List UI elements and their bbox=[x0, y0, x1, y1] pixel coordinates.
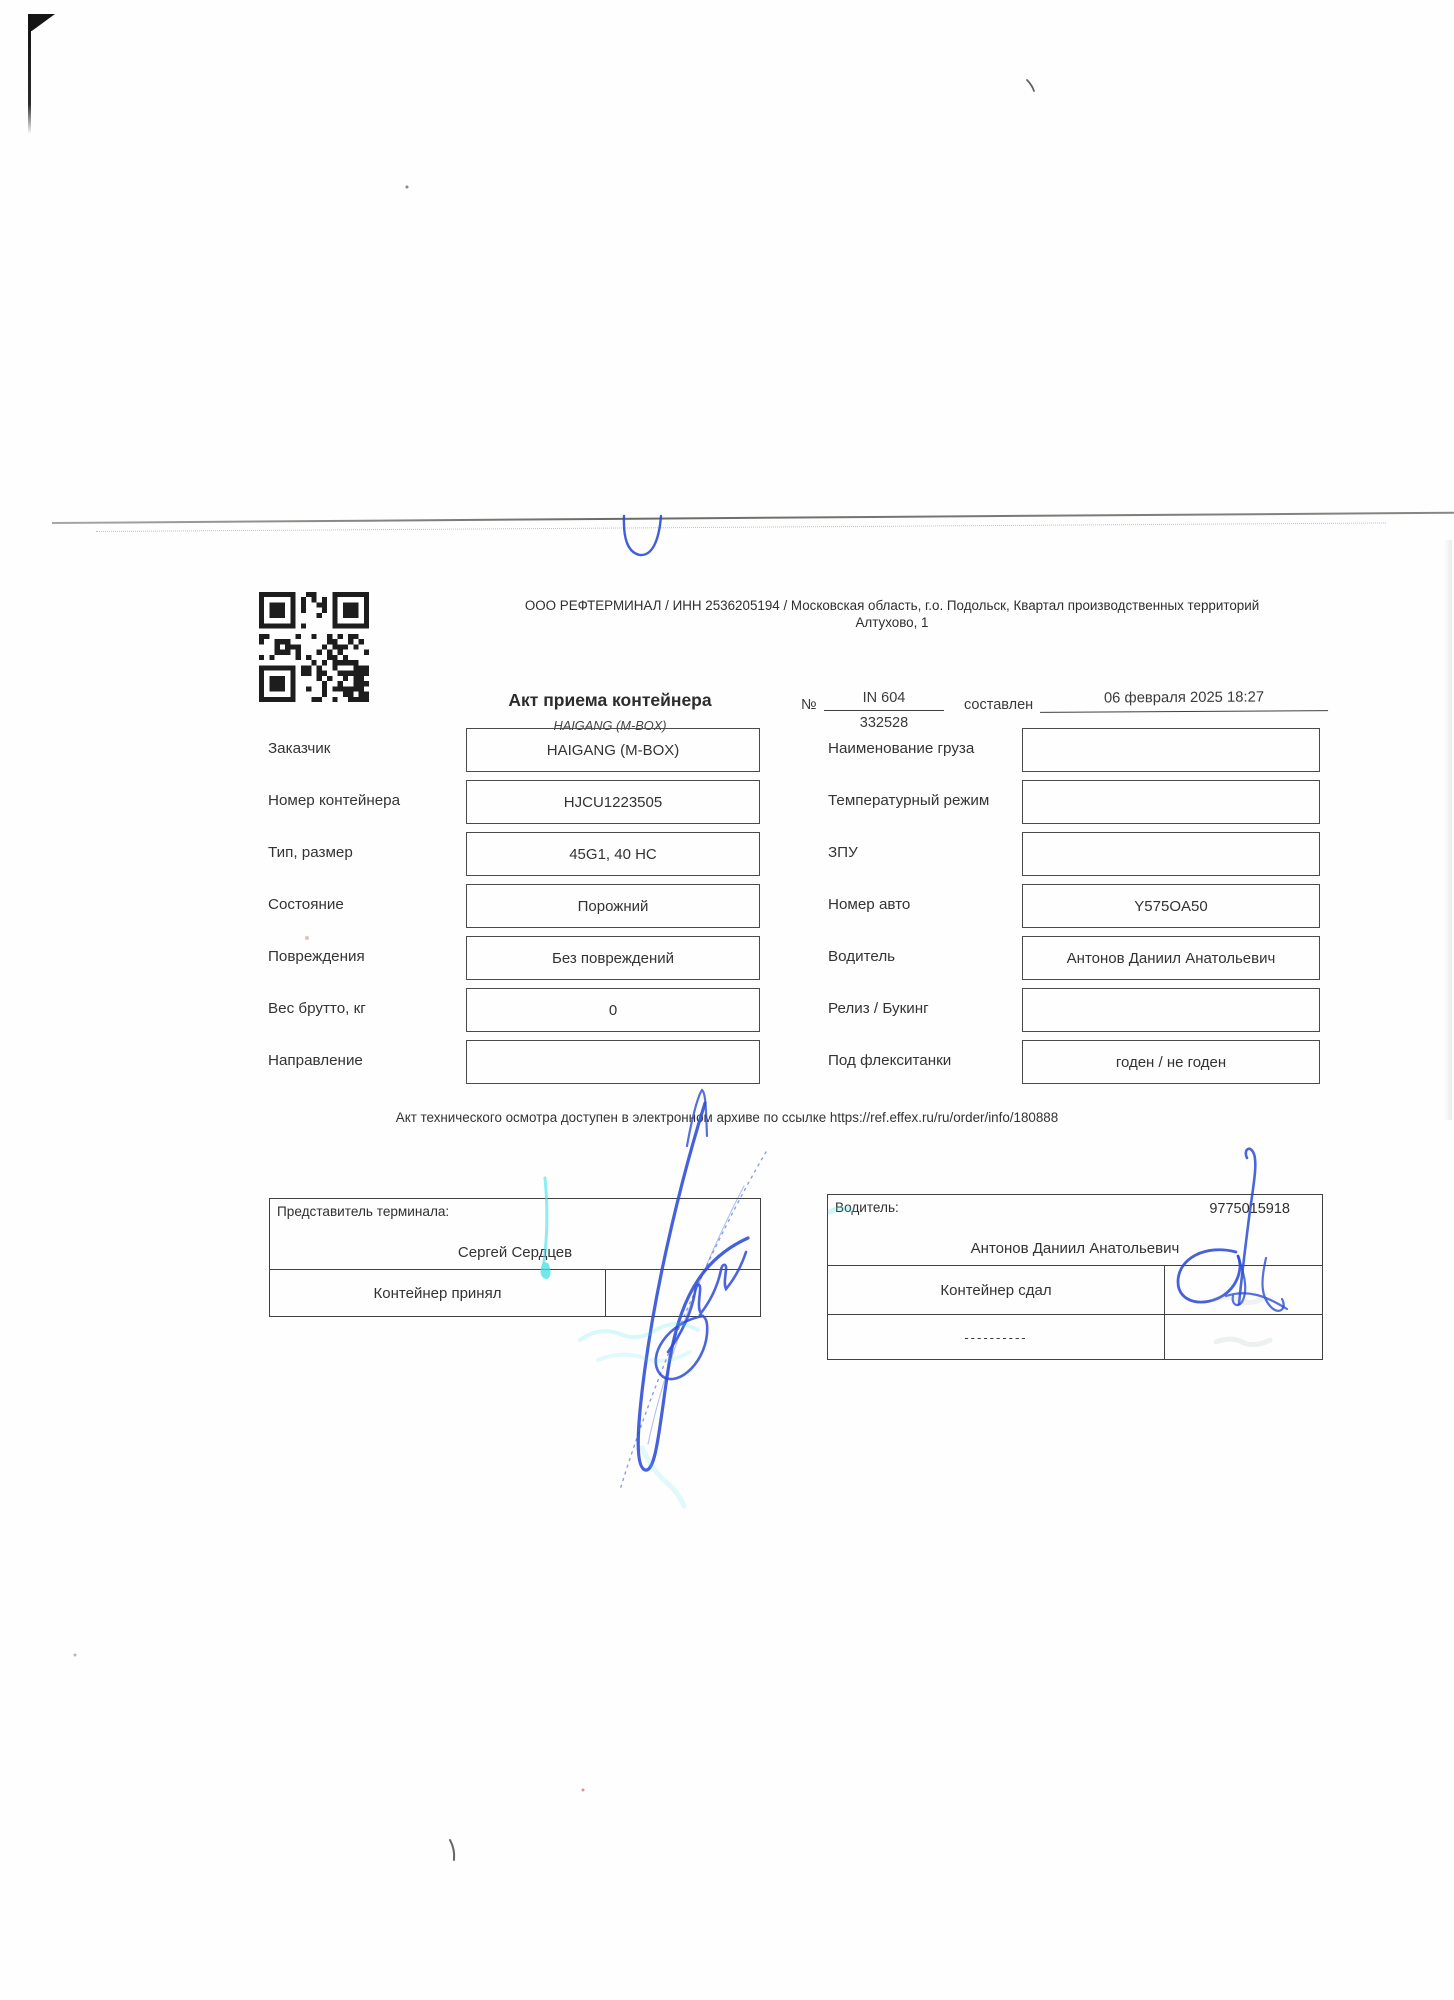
label-seal: ЗПУ bbox=[828, 844, 858, 861]
qr-code bbox=[258, 592, 370, 702]
driver-label: Водитель: bbox=[835, 1200, 899, 1215]
composed-date-group: 06 февраля 2025 18:27 bbox=[1040, 690, 1328, 712]
label-direction: Направление bbox=[268, 1052, 363, 1069]
container-handed-over-label: Контейнер сдал bbox=[828, 1266, 1165, 1314]
archive-link-note: Акт технического осмотра доступен в элек… bbox=[147, 1110, 1307, 1125]
form-row: Направление Под флекситанки годен / не г… bbox=[0, 1040, 1454, 1084]
value-driver: Антонов Даниил Анатольевич bbox=[1022, 936, 1320, 980]
value-gross-weight: 0 bbox=[466, 988, 760, 1032]
label-flexitank: Под флекситанки bbox=[828, 1052, 951, 1069]
paper-fold-line bbox=[52, 512, 1454, 524]
composed-label: составлен bbox=[964, 697, 1033, 713]
terminal-representative-name: Сергей Сердцев bbox=[270, 1244, 760, 1261]
driver-name: Антонов Даниил Анатольевич bbox=[828, 1240, 1322, 1257]
label-customer: Заказчик bbox=[268, 740, 330, 757]
terminal-signature-cell bbox=[606, 1270, 760, 1316]
label-cargo-name: Наименование груза bbox=[828, 740, 974, 757]
value-customer: HAIGANG (M-BOX) bbox=[466, 728, 760, 772]
value-condition: Порожний bbox=[466, 884, 760, 928]
label-gross-weight: Вес брутто, кг bbox=[268, 1000, 366, 1017]
scan-edge-shadow bbox=[1444, 540, 1452, 1120]
driver-signature-table: Водитель: 9775015918 Антонов Даниил Анат… bbox=[827, 1194, 1323, 1360]
form-row: Состояние Порожний Номер авто Y575OA50 bbox=[0, 884, 1454, 928]
company-address-line: ООО РЕФТЕРМИНАЛ / ИНН 2536205194 / Моско… bbox=[422, 597, 1362, 614]
paper-fold-dotted-line bbox=[96, 522, 1386, 532]
form-row: Тип, размер 45G1, 40 HC ЗПУ bbox=[0, 832, 1454, 876]
value-direction bbox=[466, 1040, 760, 1084]
label-truck-number: Номер авто bbox=[828, 896, 910, 913]
value-flexitank: годен / не годен bbox=[1022, 1040, 1320, 1084]
dashes-placeholder: ---------- bbox=[828, 1315, 1165, 1359]
label-condition: Состояние bbox=[268, 896, 344, 913]
terminal-representative-label: Представитель терминала: bbox=[277, 1204, 449, 1219]
driver-empty-cell bbox=[1165, 1315, 1322, 1359]
document-title: Акт приема контейнера bbox=[450, 690, 770, 711]
container-accepted-label: Контейнер принял bbox=[270, 1270, 606, 1316]
composed-date: 06 февраля 2025 18:27 bbox=[1040, 689, 1328, 713]
scan-corner-artifact bbox=[28, 14, 55, 31]
number-sign-label: № bbox=[801, 697, 817, 713]
document-number: IN 604 332528 bbox=[824, 690, 944, 731]
scanned-document-page: ООО РЕФТЕРМИНАЛ / ИНН 2536205194 / Моско… bbox=[0, 0, 1454, 2000]
form-row: Вес брутто, кг 0 Релиз / Букинг bbox=[0, 988, 1454, 1032]
terminal-action-row: Контейнер принял bbox=[270, 1269, 760, 1316]
label-container-number: Номер контейнера bbox=[268, 792, 400, 809]
value-damages: Без повреждений bbox=[466, 936, 760, 980]
value-truck-number: Y575OA50 bbox=[1022, 884, 1320, 928]
driver-dashes-row: ---------- bbox=[828, 1314, 1322, 1359]
value-container-number: HJCU1223505 bbox=[466, 780, 760, 824]
driver-signature-cell bbox=[1165, 1266, 1322, 1314]
label-release-booking: Релиз / Букинг bbox=[828, 1000, 929, 1017]
pen-u-mark bbox=[624, 516, 661, 555]
form-row: Номер контейнера HJCU1223505 Температурн… bbox=[0, 780, 1454, 824]
label-damages: Повреждения bbox=[268, 948, 365, 965]
form-row: Повреждения Без повреждений Водитель Ант… bbox=[0, 936, 1454, 980]
form-row: Заказчик HAIGANG (M-BOX) Наименование гр… bbox=[0, 728, 1454, 772]
driver-action-row: Контейнер сдал bbox=[828, 1265, 1322, 1314]
label-temperature-mode: Температурный режим bbox=[828, 792, 989, 809]
terminal-signature-table: Представитель терминала: Сергей Сердцев … bbox=[269, 1198, 761, 1317]
title-block: Акт приема контейнера HAIGANG (M-BOX) bbox=[450, 690, 770, 733]
scan-corner-line bbox=[28, 14, 31, 134]
value-cargo-name bbox=[1022, 728, 1320, 772]
value-seal bbox=[1022, 832, 1320, 876]
driver-phone: 9775015918 bbox=[1209, 1201, 1290, 1217]
terminal-signature-header: Представитель терминала: Сергей Сердцев bbox=[270, 1199, 760, 1269]
label-type-size: Тип, размер bbox=[268, 844, 353, 861]
value-type-size: 45G1, 40 HC bbox=[466, 832, 760, 876]
value-temperature-mode bbox=[1022, 780, 1320, 824]
driver-signature-header: Водитель: 9775015918 Антонов Даниил Анат… bbox=[828, 1195, 1322, 1265]
company-address-line: Алтухово, 1 bbox=[422, 614, 1362, 631]
value-release-booking bbox=[1022, 988, 1320, 1032]
company-header: ООО РЕФТЕРМИНАЛ / ИНН 2536205194 / Моско… bbox=[422, 597, 1362, 632]
document-number-value: IN 604 bbox=[824, 690, 944, 711]
label-driver: Водитель bbox=[828, 948, 895, 965]
